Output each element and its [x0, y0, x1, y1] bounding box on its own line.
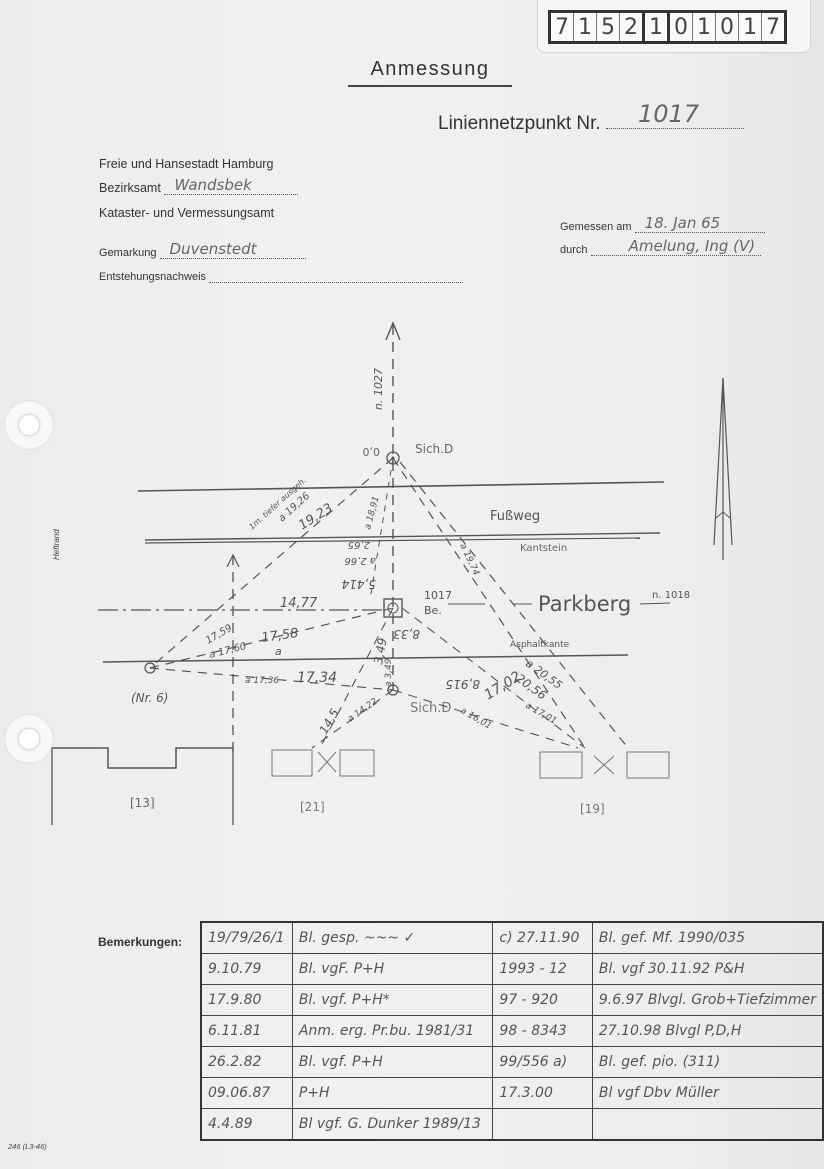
- svg-text:a: a: [275, 645, 282, 658]
- table-cell: 17.9.80: [201, 985, 292, 1016]
- table-cell: 4.4.89: [201, 1109, 292, 1141]
- svg-text:a 14,22: a 14,22: [346, 697, 380, 725]
- svg-text:a 17,01: a 17,01: [524, 701, 559, 727]
- table-cell: P+H: [292, 1078, 493, 1109]
- north-point-label: n. 1027: [372, 368, 385, 410]
- svg-text:a 16,01: a 16,01: [459, 706, 494, 732]
- table-cell: Anm. erg. Pr.bu. 1981/31: [292, 1016, 493, 1047]
- svg-text:[21]: [21]: [300, 800, 325, 814]
- svg-text:2,65: 2,65: [348, 539, 370, 550]
- svg-text:Sich.D: Sich.D: [415, 442, 453, 456]
- table-cell: Bl. vgF. P+H: [292, 954, 493, 985]
- table-cell: [493, 1109, 592, 1141]
- table-cell: Bl. gef. Mf. 1990/035: [592, 922, 823, 954]
- table-row: 6.11.81Anm. erg. Pr.bu. 1981/3198 - 8343…: [201, 1016, 823, 1047]
- svg-text:17,02: 17,02: [482, 669, 525, 704]
- table-cell: 6.11.81: [201, 1016, 292, 1047]
- table-cell: 9.6.97 Blvgl. Grob+Tiefzimmer: [592, 985, 823, 1016]
- svg-text:a 2,66: a 2,66: [344, 555, 376, 566]
- table-cell: Bl vgf Dbv Müller: [592, 1078, 823, 1109]
- table-cell: Bl. gef. pio. (311): [592, 1047, 823, 1078]
- survey-sketch: n. 1027 0,0 Sich.D Fußweg Kantstein 1017…: [0, 0, 824, 900]
- svg-text:14,5: 14,5: [316, 706, 341, 736]
- table-cell: 99/556 a): [493, 1047, 592, 1078]
- table-cell: 97 - 920: [493, 985, 592, 1016]
- svg-text:(Nr. 6): (Nr. 6): [131, 691, 168, 705]
- table-cell: 27.10.98 Blvgl P,D,H: [592, 1016, 823, 1047]
- table-cell: 9.10.79: [201, 954, 292, 985]
- svg-text:17,59: 17,59: [204, 623, 234, 647]
- svg-text:a 3,49: a 3,49: [384, 658, 394, 687]
- svg-text:a 17,36: a 17,36: [245, 676, 279, 686]
- table-cell: 09.06.87: [201, 1078, 292, 1109]
- table-row: 4.4.89Bl vgf. G. Dunker 1989/13: [201, 1109, 823, 1141]
- table-row: 26.2.82Bl. vgf. P+H99/556 a)Bl. gef. pio…: [201, 1047, 823, 1078]
- svg-text:Kantstein: Kantstein: [520, 543, 567, 554]
- table-cell: 17.3.00: [493, 1078, 592, 1109]
- svg-text:14,77: 14,77: [280, 596, 318, 611]
- table-cell: Bl vgf. G. Dunker 1989/13: [292, 1109, 493, 1141]
- svg-text:Sich.D: Sich.D: [410, 701, 451, 716]
- table-cell: 98 - 8343: [493, 1016, 592, 1047]
- table-cell: 26.2.82: [201, 1047, 292, 1078]
- table-cell: Bl. vgf 30.11.92 P&H: [592, 954, 823, 985]
- svg-text:a 19,74: a 19,74: [457, 542, 481, 577]
- svg-text:a 18,91: a 18,91: [363, 495, 381, 531]
- svg-text:5,414: 5,414: [342, 577, 376, 591]
- table-cell: c) 27.11.90: [493, 922, 592, 954]
- svg-text:17,34: 17,34: [297, 670, 337, 686]
- table-cell: Bl. vgf. P+H: [292, 1047, 493, 1078]
- svg-text:Parkberg: Parkberg: [538, 592, 631, 616]
- table-row: 9.10.79Bl. vgF. P+H1993 - 12Bl. vgf 30.1…: [201, 954, 823, 985]
- table-cell: 1993 - 12: [493, 954, 592, 985]
- svg-text:17,58: 17,58: [260, 626, 299, 646]
- svg-text:1017: 1017: [424, 589, 452, 602]
- table-cell: [592, 1109, 823, 1141]
- svg-text:8,33: 8,33: [393, 627, 420, 641]
- table-cell: Bl. vgf. P+H*: [292, 985, 493, 1016]
- table-cell: 19/79/26/1: [201, 922, 292, 954]
- table-row: 09.06.87P+H17.3.00Bl vgf Dbv Müller: [201, 1078, 823, 1109]
- svg-text:0,0: 0,0: [363, 445, 381, 458]
- svg-text:a 17,60: a 17,60: [208, 641, 247, 661]
- form-number: 246 (L3-46): [8, 1142, 47, 1151]
- table-row: 17.9.80Bl. vgf. P+H*97 - 9209.6.97 Blvgl…: [201, 985, 823, 1016]
- table-row: 19/79/26/1Bl. gesp. ~~~ ✓c) 27.11.90Bl. …: [201, 922, 823, 954]
- svg-text:Be.: Be.: [424, 604, 442, 617]
- table-cell: Bl. gesp. ~~~ ✓: [292, 922, 493, 954]
- remarks-label: Bemerkungen:: [98, 935, 182, 949]
- svg-text:Fußweg: Fußweg: [490, 509, 540, 524]
- svg-text:[19]: [19]: [580, 802, 605, 816]
- remarks-table: 19/79/26/1Bl. gesp. ~~~ ✓c) 27.11.90Bl. …: [200, 921, 824, 1141]
- svg-text:n. 1018: n. 1018: [652, 590, 690, 601]
- svg-text:8,915: 8,915: [446, 677, 480, 691]
- survey-form-page: 7 1 5 2 1 0 1 0 1 7 Anmessung Liniennetz…: [0, 0, 824, 1169]
- svg-text:[13]: [13]: [130, 796, 155, 810]
